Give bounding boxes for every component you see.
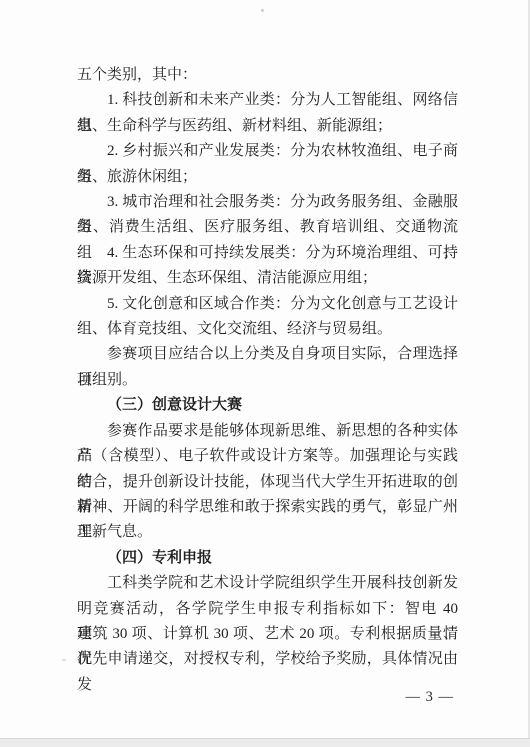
document-line: 目组别。 [77, 368, 458, 393]
document-line: 建筑 30 项、计算机 30 项、艺术 20 项。专利根据质量情况 [77, 622, 458, 647]
scan-speck-top [261, 9, 264, 12]
document-line: 明竞赛活动，各学院学生申报专利指标如下：智电 40 项、 [77, 597, 458, 622]
document-line: 组、生命科学与医药组、新材料组、新能源组； [77, 114, 458, 139]
document-line: 工新气息。 [77, 520, 458, 545]
document-line: 3. 城市治理和社会服务类：分为政务服务组、金融服务 [77, 190, 458, 215]
document-line: 组、旅游休闲组； [77, 165, 458, 190]
document-line: 参赛项目应结合以上分类及自身项目实际，合理选择项 [77, 342, 458, 367]
document-line: 1. 科技创新和未来产业类：分为人工智能组、网络信息 [77, 88, 458, 113]
document-line: 组、体育竞技组、文化交流组、经济与贸易组。 [77, 317, 458, 342]
document-line: 品（含模型）、电子软件或设计方案等。加强理论与实践的 [77, 444, 458, 469]
document-page: 五个类别，其中：1. 科技创新和未来产业类：分为人工智能组、网络信息组、生命科学… [0, 0, 530, 747]
document-line: 2. 乡村振兴和产业发展类：分为农林牧渔组、电子商务 [77, 139, 458, 164]
document-heading-line: （四）专利申报 [77, 546, 458, 571]
page-number: — 3 — [406, 688, 455, 706]
document-line: 结合，提升创新设计技能，体现当代大学生开拓进取的创新 [77, 470, 458, 495]
document-line: 5. 文化创意和区域合作类：分为文化创意与工艺设计 [77, 292, 458, 317]
scan-edge-bottom [0, 738, 530, 747]
scan-speck-left [62, 659, 66, 661]
document-line: 工科类学院和艺术设计学院组织学生开展科技创新发 [77, 571, 458, 596]
document-line: 4. 生态环保和可持续发展类：分为环境治理组、可持续 [77, 241, 458, 266]
document-line: 优先申请递交，对授权专利，学校给予奖励，具体情况由发 [77, 647, 458, 672]
document-line: 精神、开阔的科学思维和敢于探索实践的勇气，彰显广州理 [77, 495, 458, 520]
document-body: 五个类别，其中：1. 科技创新和未来产业类：分为人工智能组、网络信息组、生命科学… [77, 63, 458, 673]
document-line: 五个类别，其中： [77, 63, 458, 88]
document-line: 资源开发组、生态环保组、清洁能源应用组； [77, 266, 458, 291]
document-line: 参赛作品要求是能够体现新思维、新思想的各种实体产 [77, 419, 458, 444]
document-line: 组、消费生活组、医疗服务组、教育培训组、交通物流组； [77, 215, 458, 240]
document-heading-line: （三）创意设计大赛 [77, 393, 458, 418]
